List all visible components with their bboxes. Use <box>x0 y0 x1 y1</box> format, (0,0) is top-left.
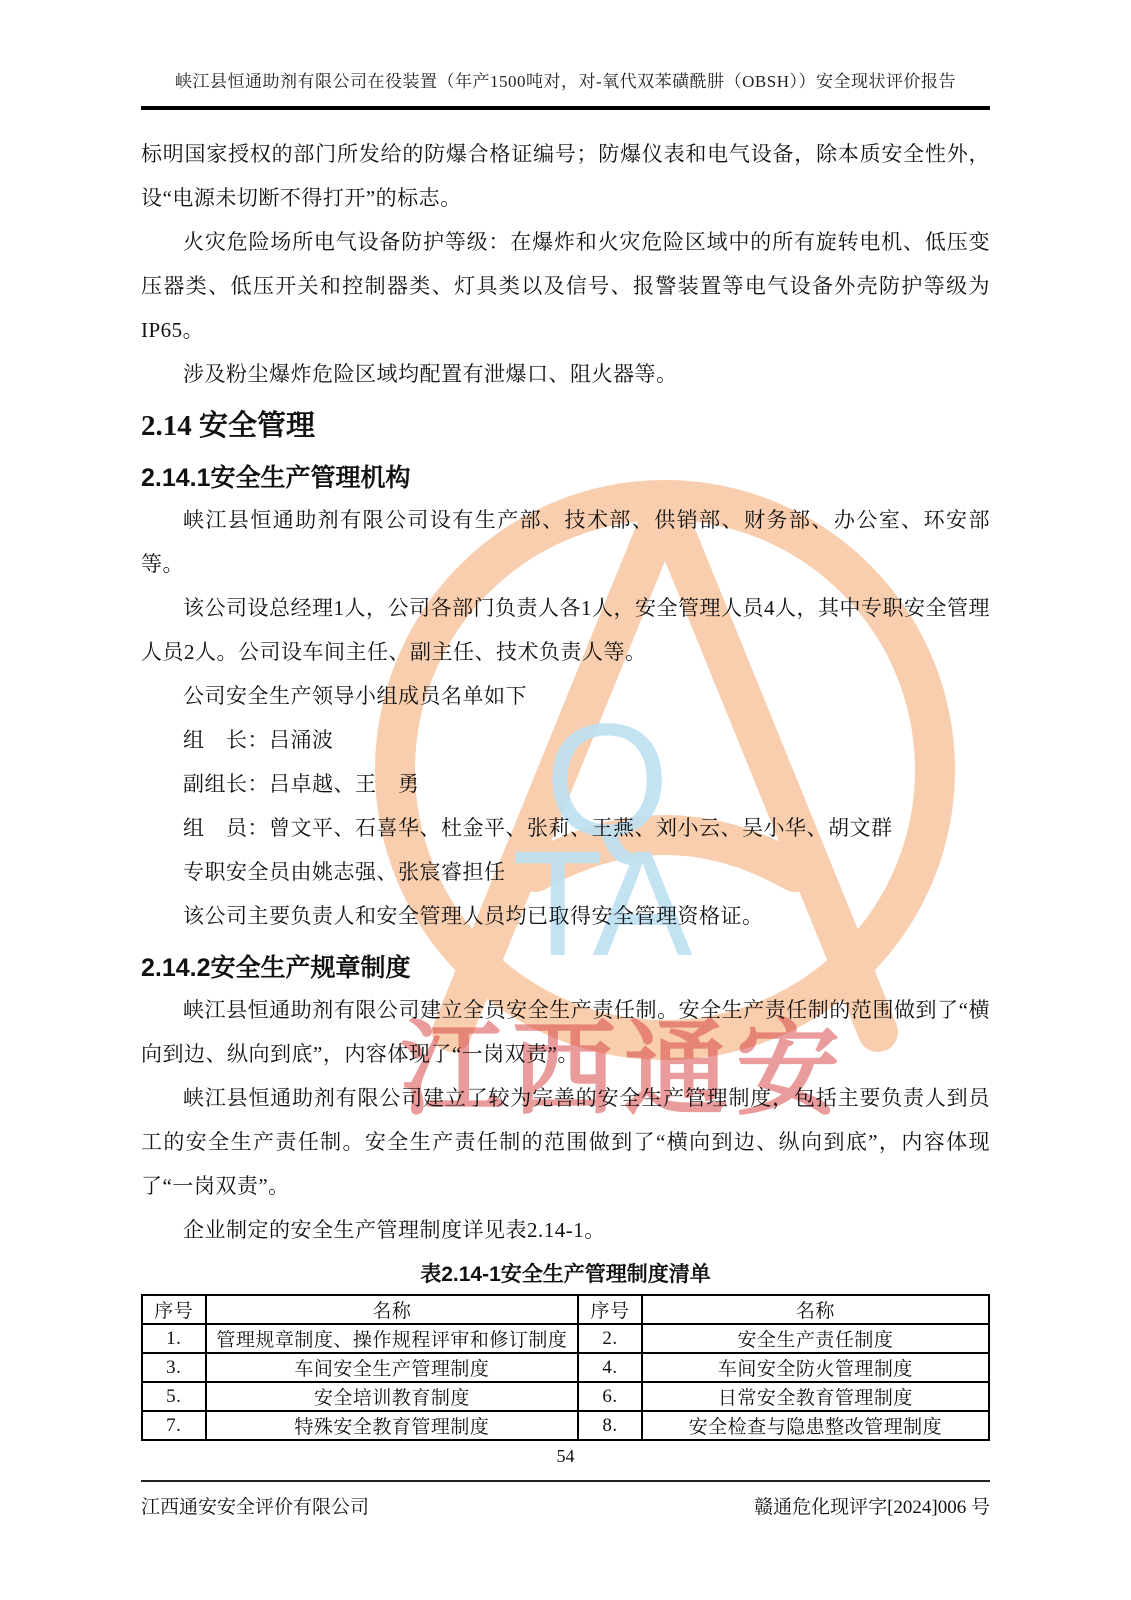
paragraph-fire-protection: 火灾危险场所电气设备防护等级：在爆炸和火灾危险区域中的所有旋转电机、低压变压器类… <box>141 220 990 352</box>
paragraph-staffing: 该公司设总经理1人，公司各部门负责人各1人，安全管理人员4人，其中专职安全管理人… <box>141 586 990 674</box>
paragraph-certificates: 该公司主要负责人和安全管理人员均已取得安全管理资格证。 <box>141 894 990 938</box>
cell-name: 安全培训教育制度 <box>206 1382 579 1411</box>
column-header-name-2: 名称 <box>642 1295 989 1324</box>
table-row: 5. 安全培训教育制度 6. 日常安全教育管理制度 <box>142 1382 989 1411</box>
paragraph-leading-group-intro: 公司安全生产领导小组成员名单如下 <box>141 674 990 718</box>
table-row: 7. 特殊安全教育管理制度 8. 安全检查与隐患整改管理制度 <box>142 1411 989 1440</box>
line-fulltime-safety-officers: 专职安全员由姚志强、张宸睿担任 <box>141 850 990 894</box>
paragraph-responsibility-system: 峡江县恒通助剂有限公司建立全员安全生产责任制。安全生产责任制的范围做到了“横向到… <box>141 988 990 1076</box>
column-header-seq-1: 序号 <box>142 1295 206 1324</box>
paragraph-table-reference: 企业制定的安全生产管理制度详见表2.14-1。 <box>141 1208 990 1252</box>
table-row: 3. 车间安全生产管理制度 4. 车间安全防火管理制度 <box>142 1353 989 1382</box>
cell-name: 日常安全教育管理制度 <box>642 1382 989 1411</box>
subsection-heading-2-14-1: 2.14.1安全生产管理机构 <box>141 458 990 498</box>
page-number: 54 <box>0 1446 1131 1467</box>
column-header-name-1: 名称 <box>206 1295 579 1324</box>
table-caption: 表2.14-1安全生产管理制度清单 <box>141 1260 990 1290</box>
table-row: 1. 管理规章制度、操作规程评审和修订制度 2. 安全生产责任制度 <box>142 1324 989 1353</box>
cell-seq: 4. <box>578 1353 642 1382</box>
cell-seq: 1. <box>142 1324 206 1353</box>
page-header-title: 峡江县恒通助剂有限公司在役装置（年产1500吨对，对-氧代双苯磺酰肼（OBSH）… <box>141 0 990 94</box>
cell-seq: 7. <box>142 1411 206 1440</box>
header-rule <box>141 106 990 110</box>
page-footer: 江西通安安全评价有限公司 赣通危化现评字[2024]006 号 <box>141 1480 990 1519</box>
cell-name: 车间安全生产管理制度 <box>206 1353 579 1382</box>
cell-name: 管理规章制度、操作规程评审和修订制度 <box>206 1324 579 1353</box>
line-deputy-leaders: 副组长：吕卓越、王 勇 <box>141 762 990 806</box>
paragraph-continuation: 标明国家授权的部门所发给的防爆合格证编号；防爆仪表和电气设备，除本质安全性外，设… <box>141 132 990 220</box>
subsection-heading-2-14-2: 2.14.2安全生产规章制度 <box>141 948 990 988</box>
footer-document-number: 赣通危化现评字[2024]006 号 <box>754 1492 990 1519</box>
cell-seq: 2. <box>578 1324 642 1353</box>
cell-seq: 6. <box>578 1382 642 1411</box>
table-header-row: 序号 名称 序号 名称 <box>142 1295 989 1324</box>
section-heading-2-14: 2.14 安全管理 <box>141 404 990 448</box>
cell-name: 车间安全防火管理制度 <box>642 1353 989 1382</box>
cell-name: 特殊安全教育管理制度 <box>206 1411 579 1440</box>
paragraph-dust-explosion: 涉及粉尘爆炸危险区域均配置有泄爆口、阻火器等。 <box>141 352 990 396</box>
column-header-seq-2: 序号 <box>578 1295 642 1324</box>
cell-name: 安全生产责任制度 <box>642 1324 989 1353</box>
cell-seq: 5. <box>142 1382 206 1411</box>
cell-seq: 3. <box>142 1353 206 1382</box>
line-group-members: 组 员：曾文平、石喜华、杜金平、张莉、王燕、刘小云、吴小华、胡文群 <box>141 806 990 850</box>
paragraph-management-system: 峡江县恒通助剂有限公司建立了较为完善的安全生产管理制度，包括主要负责人到员工的安… <box>141 1076 990 1208</box>
line-group-leader: 组 长：吕涌波 <box>141 718 990 762</box>
paragraph-departments: 峡江县恒通助剂有限公司设有生产部、技术部、供销部、财务部、办公室、环安部等。 <box>141 498 990 586</box>
cell-name: 安全检查与隐患整改管理制度 <box>642 1411 989 1440</box>
footer-company-name: 江西通安安全评价有限公司 <box>141 1492 369 1519</box>
document-page: Q TA 江西通安 峡江县恒通助剂有限公司在役装置（年产1500吨对，对-氧代双… <box>0 0 1131 1600</box>
safety-system-table: 序号 名称 序号 名称 1. 管理规章制度、操作规程评审和修订制度 2. 安全生… <box>141 1294 990 1441</box>
cell-seq: 8. <box>578 1411 642 1440</box>
